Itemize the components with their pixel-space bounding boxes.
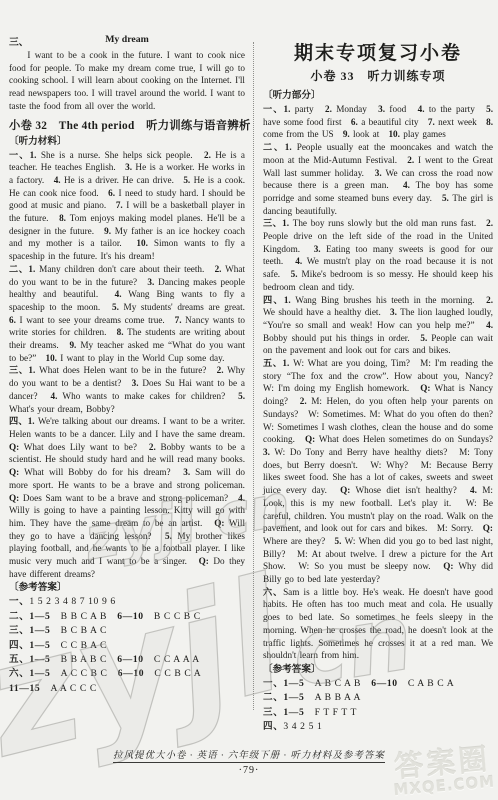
listening-material-sections: 一、1. She is a nurse. She helps sick peop… xyxy=(9,149,245,581)
answers-left: 一、1 5 2 3 4 8 7 10 9 6二、1—5 B B C A B 6—… xyxy=(9,595,245,696)
answer-line: 二、1—5 A B B A A xyxy=(263,691,493,705)
listening-paragraph: 四、1. We're talking about our dreams. I w… xyxy=(9,415,245,580)
listening-paragraph: 四、1. Wang Bing brushes his teeth in the … xyxy=(263,294,493,358)
listening-part-sections: 一、1. party 2. Monday 3. food 4. to the p… xyxy=(263,103,493,662)
answers-right: 一、1—5 A B C A B 6—10 C A B C A二、1—5 A B … xyxy=(263,677,493,735)
reference-answers-label-left: 〔参考答案〕 xyxy=(9,581,245,594)
essay-section-marker: 三、 xyxy=(9,34,29,48)
answer-line: 四、3 4 2 5 1 xyxy=(263,720,493,734)
listening-paragraph: 六、Sam is a little boy. He's weak. He doe… xyxy=(263,586,493,662)
right-column: 期末专项复习小卷 小卷 33 听力训练专项 〔听力部分〕 一、1. party … xyxy=(257,34,493,735)
page-footer: 拉风提优大小卷 · 英语 · 六年级下册 · 听力材料及参考答案 ·79· xyxy=(0,745,498,776)
book-title-footer: 拉风提优大小卷 · 英语 · 六年级下册 · 听力材料及参考答案 xyxy=(113,747,385,763)
answer-line: 六、1—5 A C C B C 6—10 C C B C A xyxy=(9,667,245,681)
essay-header: 三、 My dream xyxy=(9,34,245,48)
answer-line: 11—15 A A C C C xyxy=(9,682,245,696)
answer-line: 一、1—5 A B C A B 6—10 C A B C A xyxy=(263,677,493,691)
answer-line: 一、1 5 2 3 4 8 7 10 9 6 xyxy=(9,595,245,609)
workbook-answer-page: 三、 My dream I want to be a cook in the f… xyxy=(0,0,498,800)
listening-paragraph: 一、1. She is a nurse. She helps sick peop… xyxy=(9,149,245,263)
listening-part-label: 〔听力部分〕 xyxy=(263,89,493,102)
left-column: 三、 My dream I want to be a cook in the f… xyxy=(9,34,250,735)
answer-line: 三、1—5 B C B A C xyxy=(9,624,245,638)
listening-paragraph: 一、1. party 2. Monday 3. food 4. to the p… xyxy=(263,103,493,141)
column-divider-line xyxy=(253,42,254,710)
listening-paragraph: 二、1. Many children don't care about thei… xyxy=(9,263,245,365)
essay-title: My dream xyxy=(9,34,245,45)
page-number: ·79· xyxy=(0,765,498,776)
stamp-domain-text: MXQE.COM xyxy=(393,774,496,799)
listening-paragraph: 三、1. What does Helen want to be in the f… xyxy=(9,364,245,415)
unit-32-heading: 小卷 32 The 4th period 听力训练与语音辨析 xyxy=(9,117,245,133)
two-column-layout: 三、 My dream I want to be a cook in the f… xyxy=(9,34,493,735)
listening-paragraph: 五、1. W: What are you doing, Tim? M: I'm … xyxy=(263,357,493,586)
unit-33-heading: 小卷 33 听力训练专项 xyxy=(263,67,493,84)
listening-paragraph: 二、1. People usually eat the mooncakes an… xyxy=(263,141,493,217)
reference-answers-label-right: 〔参考答案〕 xyxy=(263,663,493,676)
listening-material-label: 〔听力材料〕 xyxy=(9,135,245,148)
answer-line: 五、1—5 B B A B C 6—10 C C A A A xyxy=(9,653,245,667)
listening-paragraph: 三、1. The boy runs slowly but the old man… xyxy=(263,217,493,293)
answer-line: 三、1—5 F T F T T xyxy=(263,706,493,720)
answer-line: 四、1—5 C C B A C xyxy=(9,639,245,653)
exam-review-title: 期末专项复习小卷 xyxy=(263,38,493,65)
answer-line: 二、1—5 B B C A B 6—10 B C C B C xyxy=(9,610,245,624)
essay-body: I want to be a cook in the future. I wan… xyxy=(9,49,245,113)
